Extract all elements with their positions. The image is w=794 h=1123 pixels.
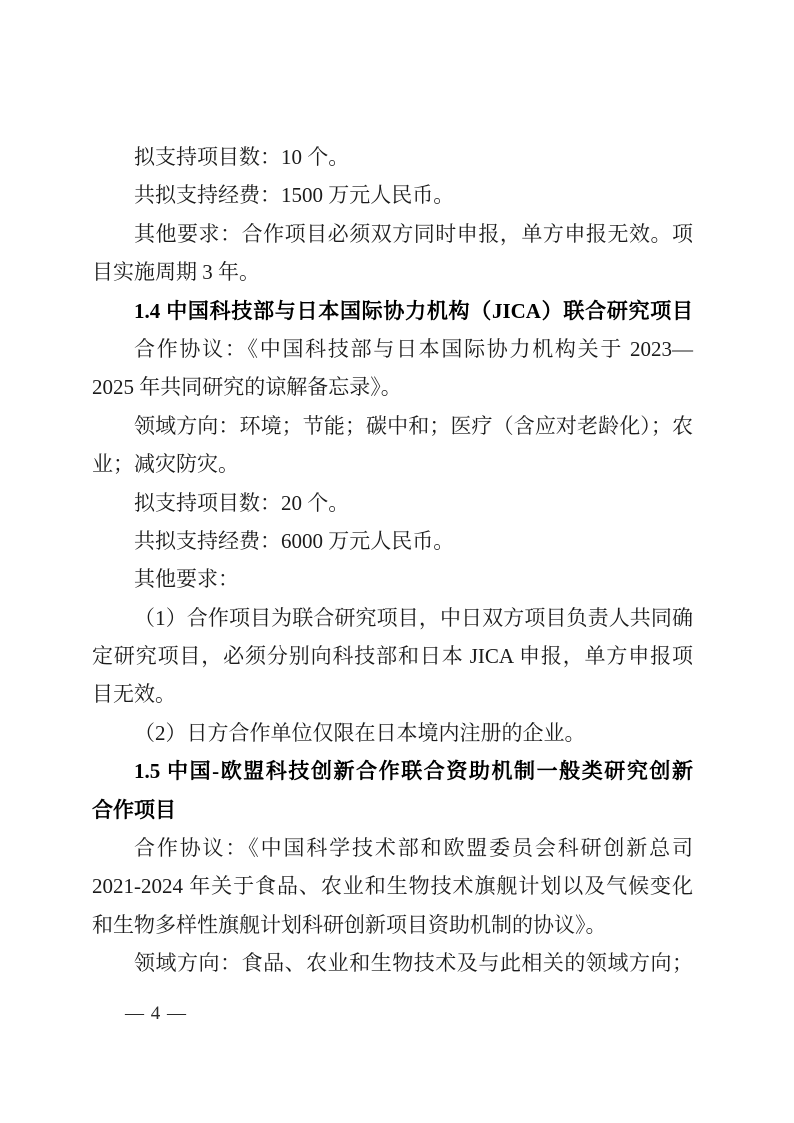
para-line-other-requirements-label: 其他要求： [92,560,693,598]
para-line-agreement-jica-2: 2025 年共同研究的谅解备忘录》。 [92,368,693,406]
para-line-project-period: 目实施周期 3 年。 [92,253,693,291]
para-line-agreement-eu-1: 合作协议：《中国科学技术部和欧盟委员会科研创新总司 [92,829,693,867]
heading-1-4: 1.4 中国科技部与日本国际协力机构（JICA）联合研究项目 [92,292,693,330]
para-line-requirement-1a: （1）合作项目为联合研究项目，中日双方项目负责人共同确 [92,599,693,637]
para-line-fields-jica-2: 业；减灾防灾。 [92,445,693,483]
para-line-total-funding-6000: 共拟支持经费：6000 万元人民币。 [92,522,693,560]
para-line-agreement-jica-1: 合作协议：《中国科技部与日本国际协力机构关于 2023— [92,330,693,368]
page-number: — 4 — [125,1000,187,1028]
para-line-supported-projects-10: 拟支持项目数：10 个。 [92,138,693,176]
heading-1-5-line-1: 1.5 中国-欧盟科技创新合作联合资助机制一般类研究创新 [92,752,693,790]
para-line-total-funding-1500: 共拟支持经费：1500 万元人民币。 [92,176,693,214]
document-page: 拟支持项目数：10 个。 共拟支持经费：1500 万元人民币。 其他要求：合作项… [0,0,794,1123]
heading-1-5-line-2: 合作项目 [92,791,693,829]
para-line-agreement-eu-3: 和生物多样性旗舰计划科研创新项目资助机制的协议》。 [92,906,693,944]
para-line-requirement-2: （2）日方合作单位仅限在日本境内注册的企业。 [92,714,693,752]
para-line-requirement-1c: 目无效。 [92,675,693,713]
para-line-fields-eu: 领域方向：食品、农业和生物技术及与此相关的领域方向； [92,944,693,982]
page-body: 拟支持项目数：10 个。 共拟支持经费：1500 万元人民币。 其他要求：合作项… [92,138,693,983]
para-line-supported-projects-20: 拟支持项目数：20 个。 [92,484,693,522]
para-line-fields-jica-1: 领域方向：环境；节能；碳中和；医疗（含应对老龄化）；农 [92,407,693,445]
para-line-requirement-1b: 定研究项目，必须分别向科技部和日本 JICA 申报，单方申报项 [92,637,693,675]
para-line-agreement-eu-2: 2021-2024 年关于食品、农业和生物技术旗舰计划以及气候变化 [92,867,693,905]
para-line-other-requirements: 其他要求：合作项目必须双方同时申报，单方申报无效。项 [92,215,693,253]
